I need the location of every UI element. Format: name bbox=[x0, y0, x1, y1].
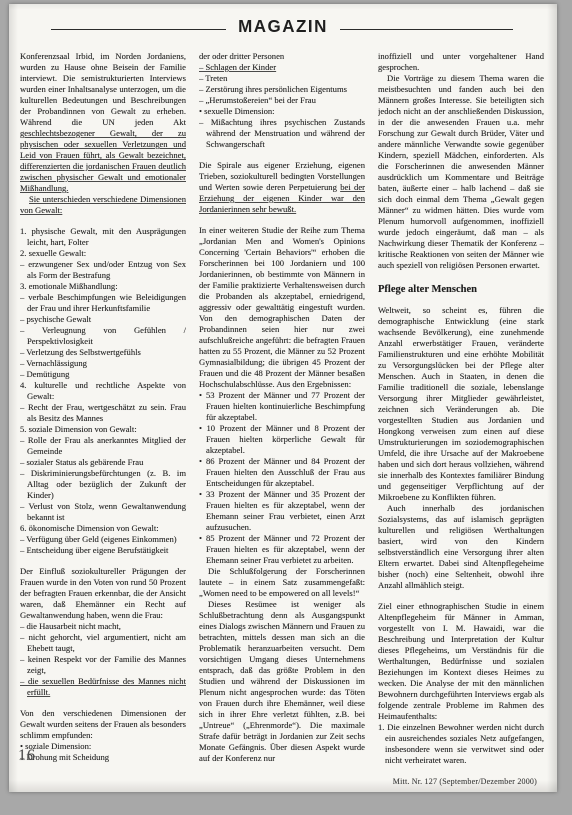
paragraph: Die Vorträge zu diesem Thema waren die m… bbox=[378, 73, 544, 271]
list-item: – Verfügung über Geld (eigenes Einkommen… bbox=[20, 534, 186, 545]
list-item: • sexuelle Dimension: bbox=[199, 106, 365, 117]
list-item: • 85 Prozent der Männer und 72 Prozent d… bbox=[199, 533, 365, 566]
list-item: – die Hausarbeit nicht macht, bbox=[20, 621, 186, 632]
paragraph: Die Spirale aus eigener Erziehung, eigen… bbox=[199, 160, 365, 215]
paragraph: In einer weiteren Studie der Reihe zum T… bbox=[199, 225, 365, 390]
list-item: 1. physische Gewalt, mit den Ausprägunge… bbox=[20, 226, 186, 248]
masthead: MAGAZIN bbox=[9, 17, 557, 37]
article-body: Konferenzsaal Irbid, im Norden Jordanien… bbox=[20, 51, 544, 763]
list-item: – Mißachtung ihres psychischen Zustands … bbox=[199, 117, 365, 150]
list-item: – nicht gehorcht, viel argumentiert, nic… bbox=[20, 632, 186, 654]
paragraph: Auch innerhalb des jordanischen Sozialsy… bbox=[378, 503, 544, 591]
list-item: – Zerstörung ihres persönlichen Eigentum… bbox=[199, 84, 365, 95]
list-item: – die sexuellen Bedürfnisse des Mannes n… bbox=[20, 676, 186, 698]
paragraph: Der Einfluß soziokultureller Prägungen d… bbox=[20, 566, 186, 621]
list-item: • 53 Prozent der Männer und 77 Prozent d… bbox=[199, 390, 365, 423]
paragraph: Sie unterschieden verschiedene Dimension… bbox=[20, 194, 186, 216]
column-right: inoffiziell und unter vorgehaltener Hand… bbox=[378, 51, 544, 763]
list-item: • 10 Prozent der Männer und 8 Prozent de… bbox=[199, 423, 365, 456]
list-item: 1. Die einzelnen Bewohner werden nicht d… bbox=[378, 722, 544, 763]
list-item: – verbale Beschimpfungen wie Beleidigung… bbox=[20, 292, 186, 314]
paragraph: Weltweit, so scheint es, führen die demo… bbox=[378, 305, 544, 503]
page-title: MAGAZIN bbox=[226, 17, 340, 38]
list-item: – Treten bbox=[199, 73, 365, 84]
list-item: – Verlust von Stolz, wenn Gewaltanwendun… bbox=[20, 501, 186, 523]
list-item: 5. soziale Dimension von Gewalt: bbox=[20, 424, 186, 435]
list-item: – psychische Gewalt bbox=[20, 314, 186, 325]
scanned-magazine-page: MAGAZIN Konferenzsaal Irbid, im Norden J… bbox=[9, 4, 557, 792]
issue-label: Mitt. Nr. 127 (September/Dezember 2000) bbox=[393, 777, 537, 786]
list-item: – keinen Respekt vor der Familie des Man… bbox=[20, 654, 186, 676]
list-item: • soziale Dimension: bbox=[20, 741, 186, 752]
paragraph: inoffiziell und unter vorgehaltener Hand… bbox=[378, 51, 544, 73]
list-item: – Entscheidung über eigene Berufstätigke… bbox=[20, 545, 186, 556]
list-item: 2. sexuelle Gewalt: bbox=[20, 248, 186, 259]
text-segment: Konferenzsaal Irbid, im Norden Jordanien… bbox=[20, 51, 186, 127]
list-item: – Verletzung des Selbstwertgefühls bbox=[20, 347, 186, 358]
paragraph: Die Schlußfolgerung der Forscherinnen la… bbox=[199, 566, 365, 599]
list-item: – Vernachlässigung bbox=[20, 358, 186, 369]
underlined-text: geschlechtsbezogener Gewalt, der zu phys… bbox=[20, 128, 186, 193]
list-item: 4. kulturelle und rechtliche Aspekte von… bbox=[20, 380, 186, 402]
list-item: – Diskriminierungsbefürchtungen (z. B. i… bbox=[20, 468, 186, 501]
list-item: – Verleugnung von Gefühlen / Perspektivl… bbox=[20, 325, 186, 347]
paragraph: der oder dritter Personen bbox=[199, 51, 365, 62]
list-item: 3. emotionale Mißhandlung: bbox=[20, 281, 186, 292]
list-item: – Recht der Frau, wertgeschätzt zu sein.… bbox=[20, 402, 186, 424]
paragraph: Ziel einer ethnographischen Studie in ei… bbox=[378, 601, 544, 722]
list-item: – sozialer Status als gebärende Frau bbox=[20, 457, 186, 468]
list-item: – „Herumstoßereien“ bei der Frau bbox=[199, 95, 365, 106]
list-item: – Schlagen der Kinder bbox=[199, 62, 365, 73]
paragraph: Von den verschiedenen Dimensionen der Ge… bbox=[20, 708, 186, 741]
list-item: • 86 Prozent der Männer und 84 Prozent d… bbox=[199, 456, 365, 489]
list-item: • 33 Prozent der Männer und 35 Prozent d… bbox=[199, 489, 365, 533]
paragraph: Dieses Resümee ist weniger als Schlußbet… bbox=[199, 599, 365, 763]
section-heading: Pflege alter Menschen bbox=[378, 284, 544, 295]
page-number: 16 bbox=[18, 747, 36, 765]
column-left: Konferenzsaal Irbid, im Norden Jordanien… bbox=[20, 51, 186, 763]
column-middle: der oder dritter Personen– Schlagen der … bbox=[199, 51, 365, 763]
list-item: – Demütigung bbox=[20, 369, 186, 380]
paragraph: Konferenzsaal Irbid, im Norden Jordanien… bbox=[20, 51, 186, 194]
list-item: – erzwungener Sex und/oder Entzug von Se… bbox=[20, 259, 186, 281]
list-item: – Drohung mit Scheidung bbox=[20, 752, 186, 763]
list-item: 6. ökonomische Dimension von Gewalt: bbox=[20, 523, 186, 534]
list-item: – Rolle der Frau als anerkanntes Mitglie… bbox=[20, 435, 186, 457]
